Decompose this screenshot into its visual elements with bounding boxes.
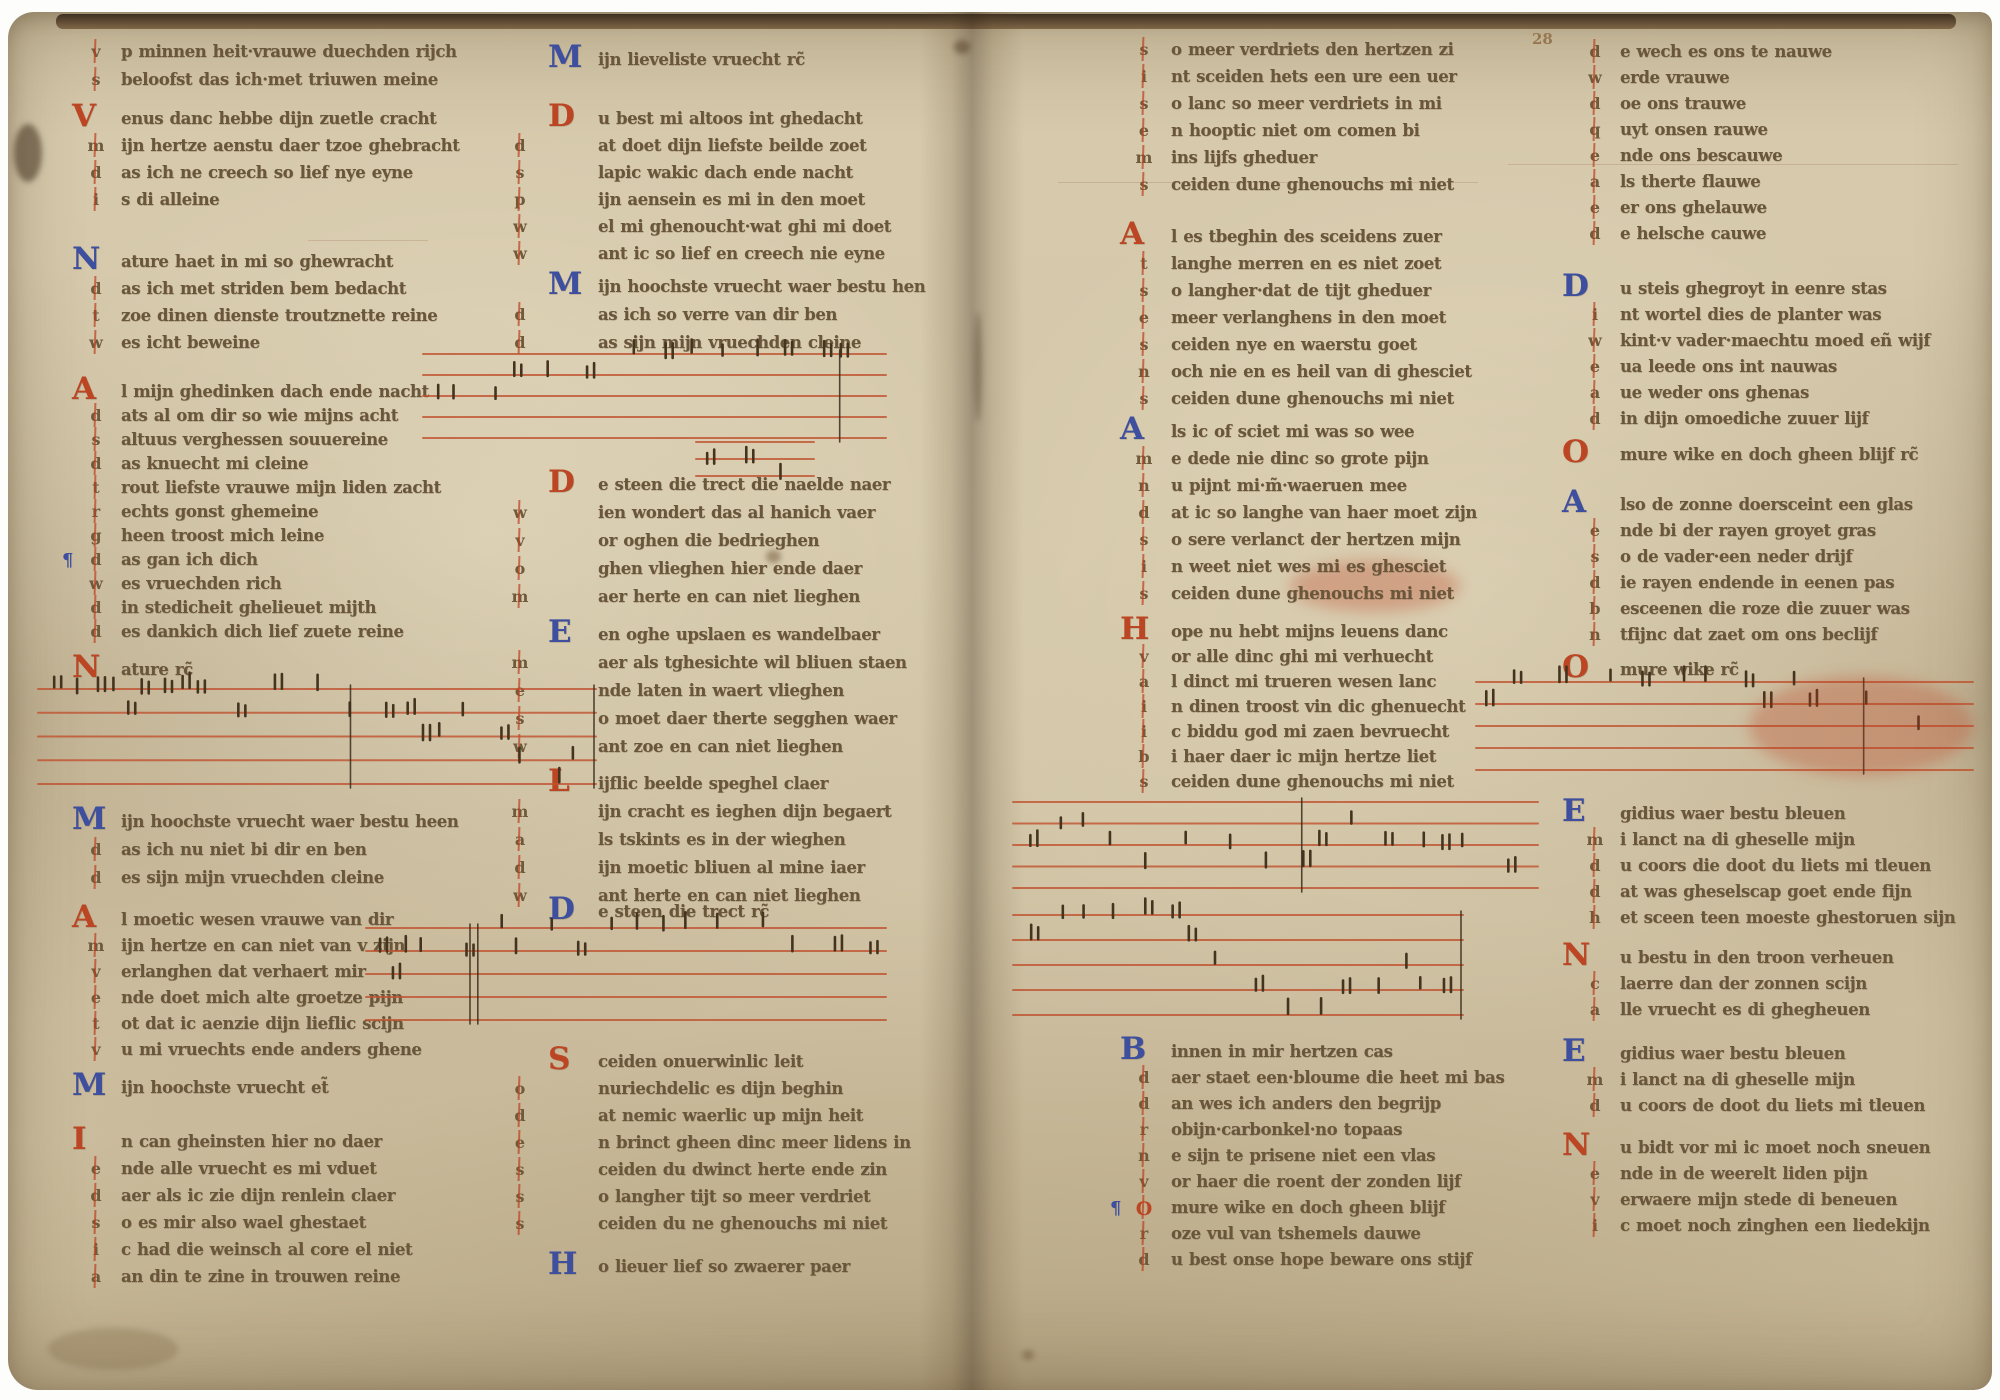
cue-letter: m [1134,148,1154,167]
cue-letter: m [1585,1070,1605,1089]
cue-letter: w [86,333,106,352]
verse-line: u steis ghegroyt in eenre stas [1620,279,1887,299]
verse-line: o sere verlanct der hertzen mijn [1171,530,1460,550]
cue-letter: m [86,136,106,155]
cue-letter: i [1134,697,1154,716]
verse-line: enus danc hebbe dijn zuetle cracht [121,109,436,129]
verse-line: ls therte flauwe [1620,172,1760,192]
cue-letter: s [86,1213,106,1232]
verse-line: ien wondert das al hanich vaer [598,503,875,523]
verse-line: ceiden dune ghenouchs mi niet [1171,175,1454,195]
cue-letter: w [510,503,530,522]
verse-line: innen in mir hertzen cas [1171,1042,1393,1062]
rubric-line: ijn lieveliste vruecht rc̃ [598,50,805,70]
verse-line: es icht beweine [121,333,260,353]
stanza-initial: H [548,1250,588,1278]
music-staff [423,354,886,438]
verse-line: as gan ich dich [121,550,258,570]
verse-line: u best onse hope beware ons stijf [1171,1250,1472,1270]
verse-line: och nie en es heil van di ghesciet [1171,362,1472,382]
verse-line: es dankich dich lief zuete reine [121,622,404,642]
cue-letter: d [1585,1096,1605,1115]
cue-letter: e [1585,357,1605,376]
verse-line: en oghe upslaen es wandelbaer [598,625,880,645]
cue-letter: n [1134,362,1154,381]
cue-letter: a [1585,383,1605,402]
cue-letter: s [1134,530,1154,549]
cue-letter: e [1585,521,1605,540]
verse-line: e steen die trect die naelde naer [598,475,890,495]
verse-line: u coors die doot du liets mi tleuen [1620,856,1931,876]
rubric-line: mure wike en doch gheen blijf rc̃ [1620,445,1918,465]
cue-letter: d [86,622,106,641]
cue-letter: d [1585,94,1605,113]
verse-line: c biddu god mi zaen bevruecht [1171,722,1449,742]
verse-line: erde vrauwe [1620,68,1729,88]
cue-letter: w [510,886,530,905]
cue-letter: i [1585,1216,1605,1235]
stain [974,312,982,422]
cue-letter: w [1585,68,1605,87]
cue-letter: e [86,1159,106,1178]
verse-line: aer als tghesichte wil bliuen staen [598,653,907,673]
verse-line: i lanct na di gheselle mijn [1620,830,1855,850]
verse-line: nde bi der rayen groyet gras [1620,521,1876,541]
cue-letter: d [510,333,530,352]
stanza-initial: N [72,245,112,273]
cue-letter: n [1134,1146,1154,1165]
verse-line: gidius waer bestu bleuen [1620,1044,1845,1064]
verse-line: u mi vruechts ende anders ghene [121,1040,422,1060]
stanza-initial: A [1562,488,1602,516]
verse-line: es vruechden rich [121,574,281,594]
verse-line: nde ons bescauwe [1620,146,1782,166]
verse-line: kint·v vader·maechtu moed eñ wijf [1620,331,1930,351]
verse-line: s di alleine [121,190,219,210]
verse-line: erlanghen dat verhaert mir [121,962,366,982]
verse-line: esceenen die roze die zuuer was [1620,599,1910,619]
cue-letter: s [510,1187,530,1206]
verse-line: in stedicheit ghelieuet mijth [121,598,376,618]
paragraph-mark: ¶ [62,550,73,571]
verse-line: nde in de weerelt liden pijn [1620,1164,1867,1184]
cue-letter: w [510,244,530,263]
verse-line: l moetic wesen vrauwe van dir [121,910,393,930]
verse-line: ot dat ic aenzie dijn lieflic scijn [121,1014,404,1034]
verse-line: ue weder ons ghenas [1620,383,1809,403]
stanza-initial: M [548,43,588,71]
verse-line: nt wortel dies de planter was [1620,305,1881,325]
stain [48,1328,178,1370]
verse-line: rout liefste vrauwe mijn liden zacht [121,478,441,498]
cue-letter: b [1134,747,1154,766]
verse-line: as ich met striden bem bedacht [121,279,406,299]
cue-letter: d [1585,882,1605,901]
stanza-initial: A [1120,415,1160,443]
verse-line: ua leede ons int nauwas [1620,357,1837,377]
verse-line: at ic so langhe van haer moet zijn [1171,503,1477,523]
stanza-initial: O [1562,438,1602,466]
folio-number: 28 [1532,30,1553,48]
verse-line: ceiden nye en waerstu goet [1171,335,1417,355]
cue-letter: i [86,190,106,209]
music-staff [1013,802,1538,888]
cue-letter: t [1134,254,1154,273]
verse-line: at doet dijn liefste beilde zoet [598,136,866,156]
music-staff [696,442,814,476]
cue-letter: s [1134,584,1154,603]
cue-letter: a [1585,1000,1605,1019]
verse-line: nde alle vruecht es mi vduet [121,1159,376,1179]
cue-letter: h [1585,908,1605,927]
cue-letter: e [1585,146,1605,165]
verse-line: nt sceiden hets een ure een uer [1171,67,1457,87]
verse-line: u best mi altoos int ghedacht [598,109,862,129]
verse-line: tfijnc dat zaet om ons beclijf [1620,625,1877,645]
cue-letter: m [1585,830,1605,849]
cue-letter: m [1134,449,1154,468]
stain [14,124,42,182]
cue-letter: p [510,190,530,209]
verse-line: at nemic waerlic up mijn heit [598,1106,863,1126]
verse-line: lapic wakic dach ende nacht [598,163,853,183]
stanza-initial: M [72,1071,112,1099]
verse-line: ceiden du dwinct herte ende zin [598,1160,887,1180]
cue-letter: d [86,1186,106,1205]
cue-letter: d [86,598,106,617]
verse-line: ature haet in mi so ghewracht [121,252,393,272]
stanza-initial: A [1120,220,1160,248]
verse-line: aer staet een·bloume die heet mi bas [1171,1068,1504,1088]
verse-line: ceiden onuerwinlic leit [598,1052,803,1072]
manuscript-photo: 28 p minnen heit·vrauwe duechden rijchvb… [0,0,2000,1400]
verse-line: o meer verdriets den hertzen zi [1171,40,1454,60]
cue-letter: w [510,217,530,236]
verse-line: ant ic so lief en creech nie eyne [598,244,885,264]
verse-line: n hooptic niet om comen bi [1171,121,1419,141]
cue-letter: i [1585,305,1605,324]
verse-line: erwaere mijn stede di beneuen [1620,1190,1897,1210]
stanza-initial: A [72,375,112,403]
stanza-initial: M [548,270,588,298]
verse-line: ceiden dune ghenouchs mi niet [1171,772,1454,792]
stanza-initial: S [548,1045,588,1073]
verse-line: uyt onsen rauwe [1620,120,1768,140]
cue-letter: t [86,306,106,325]
verse-line: e helsche cauwe [1620,224,1766,244]
cue-letter: d [1134,1068,1154,1087]
verse-line: as ich so verre van dir ben [598,305,837,325]
cue-letter: d [1585,42,1605,61]
verse-line: laerre dan der zonnen scijn [1620,974,1867,994]
cue-letter: d [510,1106,530,1125]
verse-line: an din te zine in trouwen reine [121,1267,400,1287]
cue-letter: m [510,802,530,821]
verse-line: echts gonst ghemeine [121,502,318,522]
stanza-initial: D [548,102,588,130]
stanza-initial: O [1562,653,1602,681]
cue-letter: d [86,840,106,859]
cue-letter: r [1134,1120,1154,1139]
verse-line: gidius waer bestu bleuen [1620,804,1845,824]
cue-letter: i [1134,67,1154,86]
cue-letter: v [1134,1172,1154,1191]
cue-letter: s [510,1160,530,1179]
verse-line: beloofst das ich·met triuwen meine [121,70,438,90]
verse-line: n weet niet wes mi es ghesciet [1171,557,1446,577]
verse-line: el mi ghenoucht·wat ghi mi doet [598,217,891,237]
cue-letter: s [1134,281,1154,300]
stanza-initial: B [1120,1035,1160,1063]
cue-letter: m [510,587,530,606]
verse-line: ceiden dune ghenouchs mi niet [1171,389,1454,409]
cue-letter: d [1134,1094,1154,1113]
rubric-line: e steen die trect rc̃ [598,902,769,922]
cue-letter: c [1585,974,1605,993]
verse-line: at was gheselscap goet ende fijn [1620,882,1912,902]
music-staff [1476,682,1973,770]
verse-line: e sijn te prisene niet een vlas [1171,1146,1435,1166]
stanza-initial: D [548,468,588,496]
verse-line: et sceen teen moeste ghestoruen sijn [1620,908,1955,928]
verse-line: in dijn omoediche zuuer lijf [1620,409,1868,429]
verse-line: es sijn mijn vruechden cleine [121,868,384,888]
verse-line: o de vader·een neder drijf [1620,547,1852,567]
cue-letter: s [86,430,106,449]
verse-line: n brinct gheen dinc meer lidens in [598,1133,911,1153]
verse-line: o es mir also wael ghestaet [121,1213,366,1233]
cue-letter: d [1585,409,1605,428]
verse-line: as knuecht mi cleine [121,454,308,474]
verse-line: lle vruecht es di ghegheuen [1620,1000,1870,1020]
cue-letter: q [1585,120,1605,139]
verse-line: lso de zonne doersceint een glas [1620,495,1913,515]
stain [1022,1350,1034,1360]
stain [954,40,970,54]
gutter-fold [920,12,1024,1390]
cue-letter: v [86,1040,106,1059]
verse-line: mure wike en doch gheen blijf [1171,1198,1445,1218]
rubric-line: ijn hoochste vruecht et̃ [121,1078,328,1098]
verse-line: p minnen heit·vrauwe duechden rijch [121,42,457,62]
cue-letter: d [1585,224,1605,243]
music-staff [1013,915,1463,1015]
verse-line: as ich ne creech so lief nye eyne [121,163,413,183]
verse-line: n can gheinsten hier no daer [121,1132,382,1152]
cue-letter: s [1134,772,1154,791]
verse-line: ijn aensein es mi in den moet [598,190,865,210]
verse-line: o lieuer lief so zwaerer paer [598,1257,850,1277]
verse-line: i lanct na di gheselle mijn [1620,1070,1855,1090]
cue-letter: r [86,502,106,521]
verse-line: as ich nu niet bi dir en ben [121,840,367,860]
verse-line: ls ic of sciet mi was so wee [1171,422,1414,442]
verse-line: or alle dinc ghi mi verhuecht [1171,647,1433,667]
cue-letter: n [1585,625,1605,644]
verse-line: l es tbeghin des sceidens zuer [1171,227,1442,247]
cue-letter: s [510,163,530,182]
verse-line: an wes ich anders den begrijp [1171,1094,1441,1114]
cue-letter: a [86,1267,106,1286]
verse-line: o langher tijt so meer verdriet [598,1187,870,1207]
verse-line: n dinen troost vin dic ghenuecht [1171,697,1465,717]
verse-line: ant zoe en can niet lieghen [598,737,843,757]
verse-line: langhe merren en es niet zoet [1171,254,1441,274]
verse-line: ins lijfs gheduer [1171,148,1317,168]
cue-letter: d [1134,1250,1154,1269]
verse-line: ijn hoochste vruecht waer bestu hen [598,277,925,297]
cue-letter: v [1134,647,1154,666]
verse-line: meer verlanghens in den moet [1171,308,1446,328]
cue-letter: v [86,962,106,981]
verse-line: nuriechdelic es dijn beghin [598,1079,843,1099]
cue-letter: s [1134,335,1154,354]
cue-letter: d [510,136,530,155]
cue-letter: s [1134,40,1154,59]
verse-line: er ons ghelauwe [1620,198,1767,218]
verse-line: ope nu hebt mijns leuens danc [1171,622,1448,642]
verse-line: or haer die roent der zonden lijf [1171,1172,1461,1192]
verse-line: ijn hoochste vruecht waer bestu heen [121,812,458,832]
cue-letter: w [86,574,106,593]
cue-letter: d [86,868,106,887]
verse-line: ie rayen endende in eenen pas [1620,573,1894,593]
cue-letter: n [1134,476,1154,495]
verse-line: aer als ic zie dijn renlein claer [121,1186,395,1206]
verse-line: ceiden du ne ghenouchs mi niet [598,1214,887,1234]
stanza-initial: D [548,895,588,923]
cue-letter: s [510,1214,530,1233]
music-staff [366,928,886,1020]
music-staff [38,689,596,784]
verse-line: u bidt vor mi ic moet noch sneuen [1620,1138,1930,1158]
cue-letter: a [1134,672,1154,691]
verse-line: l mijn ghedinken dach ende nacht [121,382,429,402]
cue-letter: e [1134,308,1154,327]
verse-line: ijflic beelde speghel claer [598,774,828,794]
cue-letter: d [86,279,106,298]
verse-line: nde laten in waert vlieghen [598,681,844,701]
red-smudge [1749,676,1973,776]
verse-line: oze vul van tshemels dauwe [1171,1224,1420,1244]
cue-letter: d [86,454,106,473]
cue-letter: d [86,163,106,182]
stanza-initial: N [1562,1131,1602,1159]
cue-letter: o [510,559,530,578]
cue-letter: d [510,858,530,877]
verse-line: ghen vlieghen hier ende daer [598,559,862,579]
verse-line: o langher·dat de tijt gheduer [1171,281,1431,301]
cue-letter: e [86,988,106,1007]
cue-letter: i [86,1240,106,1259]
paragraph-mark: ¶ [1110,1198,1121,1219]
cue-letter: v [86,42,106,61]
cue-letter: s [86,70,106,89]
verse-line: ijn hertze en can niet van v zijn [121,936,405,956]
verse-line: o moet daer therte segghen waer [598,709,897,729]
stanza-initial: E [548,618,588,646]
cue-letter: s [1134,175,1154,194]
verse-line: altuus verghessen souuereine [121,430,388,450]
manuscript-spread: 28 p minnen heit·vrauwe duechden rijchvb… [8,12,1992,1390]
verse-line: oe ons trauwe [1620,94,1746,114]
verse-line: nde doet mich alte groetze pijn [121,988,403,1008]
cue-letter: e [510,1133,530,1152]
verse-line: ceiden dune ghenouchs mi niet [1171,584,1454,604]
cue-letter: a [510,830,530,849]
cue-letter: d [86,550,106,569]
verse-line: c had die weinsch al core el niet [121,1240,412,1260]
cue-letter: e [1585,198,1605,217]
stanza-initial: D [1562,272,1602,300]
cue-letter: d [1585,856,1605,875]
verse-line: l dinct mi trueren wesen lanc [1171,672,1436,692]
verse-line: o lanc so meer verdriets in mi [1171,94,1442,114]
verse-line: u coors de doot du liets mi tleuen [1620,1096,1925,1116]
cue-letter: b [1585,599,1605,618]
cue-letter: i [1134,722,1154,741]
verse-line: ijn moetic bliuen al mine iaer [598,858,865,878]
verse-line: heen troost mich leine [121,526,324,546]
cue-letter: d [86,406,106,425]
verse-line: ls tskints es in der wieghen [598,830,845,850]
stanza-initial: H [1120,615,1160,643]
verse-line: ats al om dir so wie mijns acht [121,406,398,426]
verse-line: ijn cracht es ieghen dijn begaert [598,802,891,822]
cue-letter: e [1585,1164,1605,1183]
verse-line: as sijn mijn vruechden cleine [598,333,861,353]
cue-letter: m [86,936,106,955]
cue-letter: s [1134,94,1154,113]
verse-line: e dede nie dinc so grote pijn [1171,449,1428,469]
cue-letter: s [1134,389,1154,408]
stanza-initial: E [1562,797,1602,825]
verse-line: e wech es ons te nauwe [1620,42,1832,62]
cue-letter: v [1585,1190,1605,1209]
stanza-initial: M [72,805,112,833]
cue-letter: d [1585,573,1605,592]
verse-line: u bestu in den troon verheuen [1620,948,1893,968]
cue-letter: s [1585,547,1605,566]
cue-letter: m [510,653,530,672]
stanza-initial: V [72,102,112,130]
stanza-initial: A [72,903,112,931]
cue-letter: v [510,531,530,550]
cue-letter: d [510,305,530,324]
cue-letter: a [1585,172,1605,191]
stanza-initial: I [72,1125,112,1153]
ruling-line [308,240,428,241]
verse-line: obijn·carbonkel·no topaas [1171,1120,1402,1140]
cue-letter: O [1134,1198,1154,1220]
verse-line: or oghen die bedrieghen [598,531,819,551]
verse-line: i haer daer ic mijn hertze liet [1171,747,1436,767]
cue-letter: e [1134,121,1154,140]
cue-letter: i [1134,557,1154,576]
stanza-initial: E [1562,1037,1602,1065]
verse-line: c moet noch zinghen een liedekijn [1620,1216,1930,1236]
verse-line: u pijnt mi·m̃·waeruen mee [1171,476,1407,496]
cue-letter: g [86,526,106,545]
cue-letter: r [1134,1224,1154,1243]
cue-letter: t [86,1014,106,1033]
cue-letter: w [1585,331,1605,350]
verse-line: aer herte en can niet lieghen [598,587,860,607]
cue-letter: o [510,1079,530,1098]
rubric-line: mure wike rc̃ [1620,660,1738,680]
verse-line: ijn hertze aenstu daer tzoe ghebracht [121,136,459,156]
cue-letter: t [86,478,106,497]
